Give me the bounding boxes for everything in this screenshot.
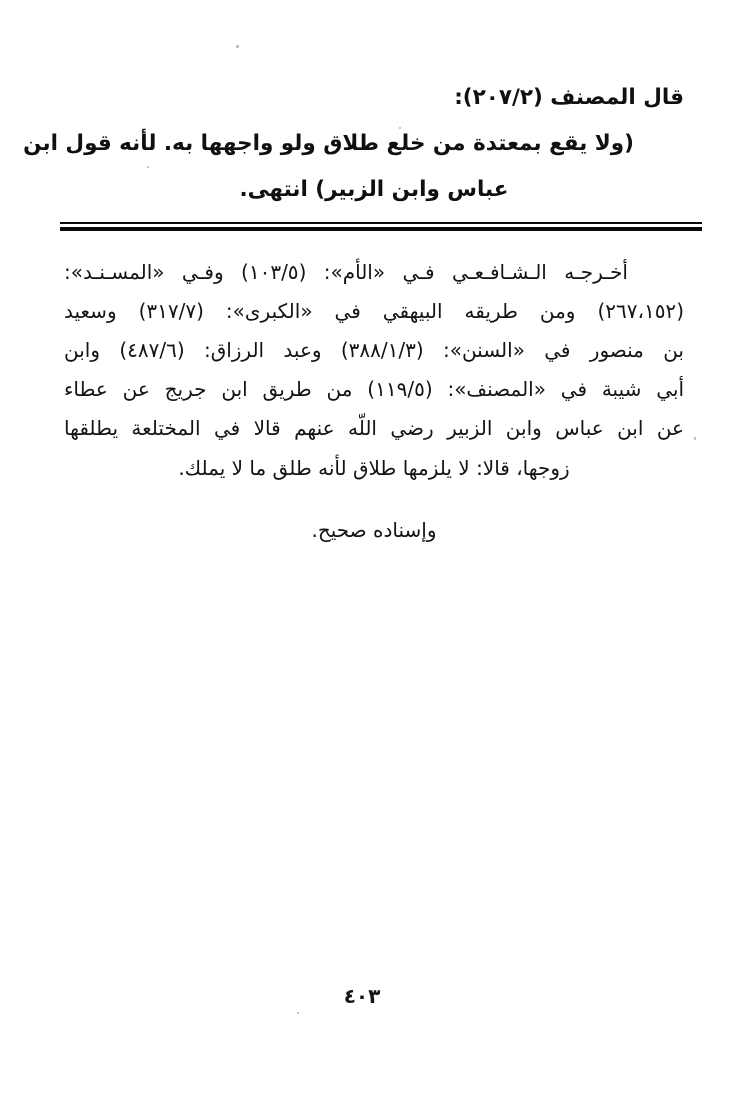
- takhrij-line-2: (٢٦٧،١٥٢) ومن طريقه البيهقي في «الكبرى»:…: [64, 299, 684, 324]
- scanned-book-page: قال المصنف (٢٠٧/٢): (ولا يقع بمعتدة من خ…: [0, 0, 746, 1097]
- author-citation-line: قال المصنف (٢٠٧/٢):: [64, 85, 684, 112]
- grading-line: وإسناده صحيح.: [64, 518, 684, 543]
- takhrij-line-5: عن ابن عباس وابن الزبير رضي اللّه عنهم ق…: [64, 416, 684, 441]
- takhrij-line-6: زوجها، قالا: لا يلزمها طلاق لأنه طلق ما …: [64, 456, 684, 481]
- section-divider-rule: [60, 222, 702, 231]
- scan-speck: [297, 1012, 299, 1014]
- scan-speck: [147, 166, 149, 168]
- scan-speck: [399, 127, 401, 129]
- page-number: ٤٠٣: [0, 984, 724, 1008]
- matn-quote-line-2: عباس وابن الزبير) انتهى.: [64, 177, 684, 204]
- takhrij-line-4: أبي شيبة في «المصنف»: (١١٩/٥) من طريق اب…: [64, 377, 684, 402]
- scan-speck: [694, 437, 696, 440]
- takhrij-line-3: بن منصور في «السنن»: (٣٨٨/١/٣) وعبد الرز…: [64, 338, 684, 363]
- takhrij-line-1: أخـرجـه الـشـافـعـي فـي «الأم»: (١٠٣/٥) …: [64, 260, 684, 285]
- matn-quote-line-1: (ولا يقع بمعتدة من خلع طلاق ولو واجهها ب…: [64, 131, 684, 158]
- scan-speck: [236, 45, 239, 48]
